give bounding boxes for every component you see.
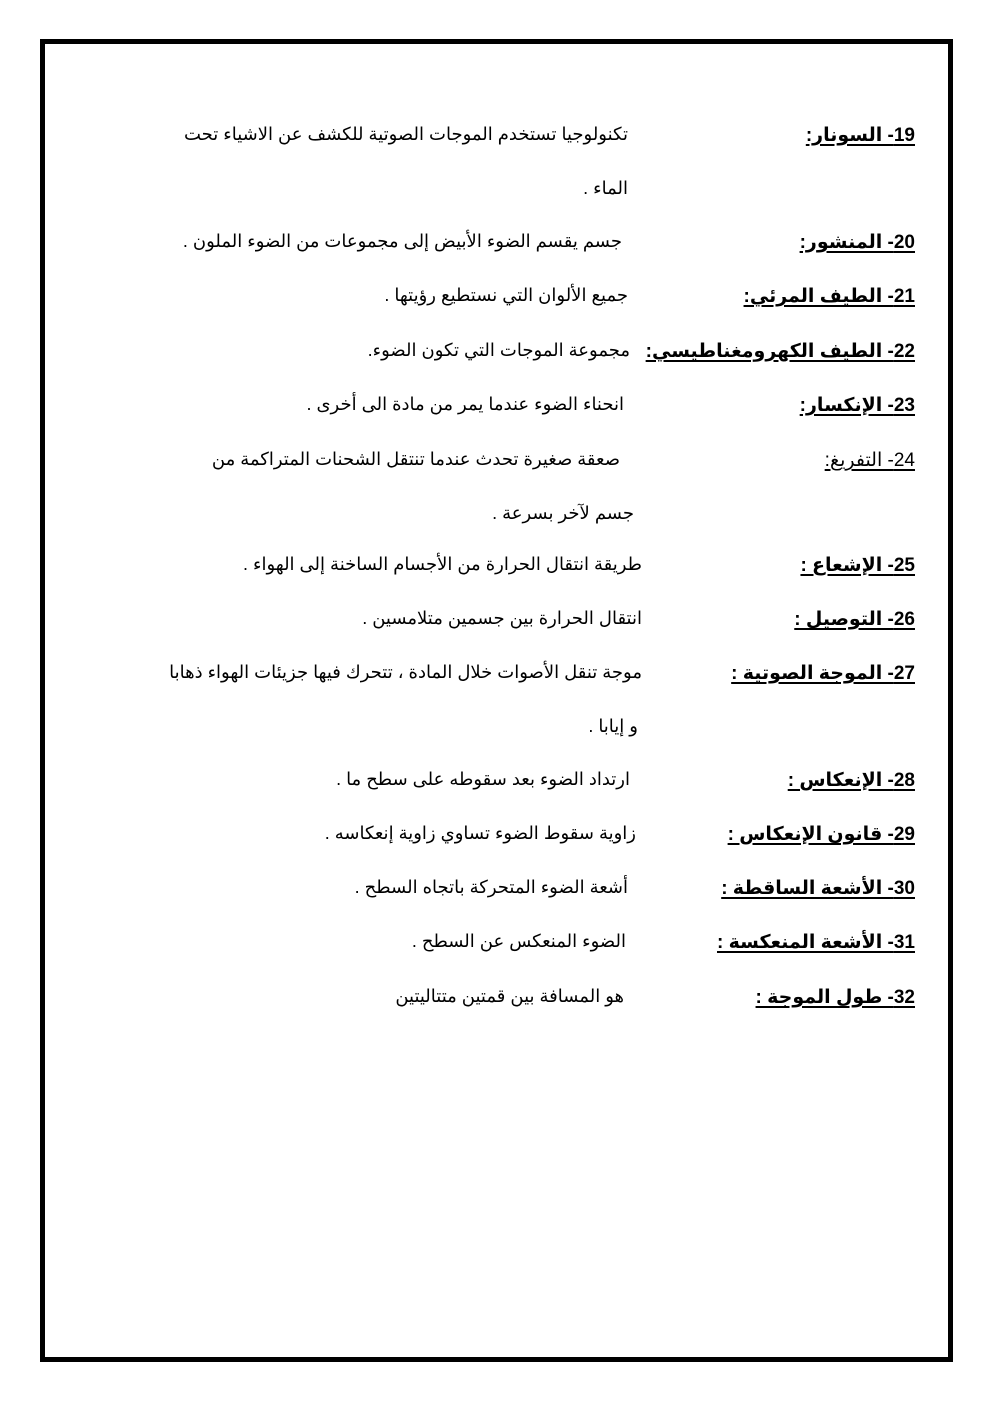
term-refraction: 23- الإنكسار: — [800, 394, 915, 417]
definition-reflected-rays: الضوء المنعكس عن السطح . — [412, 931, 626, 952]
term-sound-wave: 27- الموجة الصوتية : — [731, 662, 915, 685]
term-conduction: 26- التوصيل : — [794, 608, 915, 631]
definition-prism: جسم يقسم الضوء الأبيض إلى مجموعات من الض… — [183, 231, 622, 252]
term-radiation: 25- الإشعاع : — [800, 554, 915, 577]
term-incident-rays: 30- الأشعة الساقطة : — [721, 877, 915, 900]
definition-visible-spectrum: جميع الألوان التي نستطيع رؤيتها . — [384, 285, 628, 306]
definition-radiation: طريقة انتقال الحرارة من الأجسام الساخنة … — [243, 554, 642, 575]
definition-sonar-line-1: تكنولوجيا تستخدم الموجات الصوتية للكشف ع… — [184, 124, 628, 145]
term-sonar: 19- السونار: — [806, 124, 915, 147]
definition-law-of-reflection: زاوية سقوط الضوء تساوي زاوية إنعكاسه . — [325, 823, 636, 844]
term-electromagnetic-spectrum: 22- الطيف الكهرومغناطيسي: — [646, 340, 915, 363]
term-reflection: 28- الإنعكاس : — [788, 769, 915, 792]
definition-wavelength: هو المسافة بين قمتين متتاليتين — [395, 986, 624, 1007]
term-prism: 20- المنشور: — [800, 231, 915, 254]
term-law-of-reflection: 29- قانون الإنعكاس : — [728, 823, 915, 846]
definition-incident-rays: أشعة الضوء المتحركة باتجاه السطح . — [355, 877, 628, 898]
term-discharge: 24- التفريغ: — [825, 449, 915, 472]
definition-sonar-line-2: الماء . — [583, 178, 628, 199]
definition-discharge-line-2: جسم لآخر بسرعة . — [492, 503, 634, 524]
definition-discharge-line-1: صعقة صغيرة تحدث عندما تنتقل الشحنات المت… — [212, 449, 620, 470]
term-reflected-rays: 31- الأشعة المنعكسة : — [717, 931, 915, 954]
definition-sound-wave-line-2: و إيابا . — [588, 716, 638, 737]
term-visible-spectrum: 21- الطيف المرئي: — [744, 285, 915, 308]
definition-sound-wave-line-1: موجة تنقل الأصوات خلال المادة ، تتحرك في… — [169, 662, 642, 683]
definition-refraction: انحناء الضوء عندما يمر من مادة الى أخرى … — [306, 394, 624, 415]
definition-electromagnetic-spectrum: مجموعة الموجات التي تكون الضوء. — [368, 340, 630, 361]
definition-reflection: ارتداد الضوء بعد سقوطه على سطح ما . — [336, 769, 630, 790]
definition-conduction: انتقال الحرارة بين جسمين متلامسين . — [362, 608, 642, 629]
term-wavelength: 32- طول الموجة : — [756, 986, 915, 1009]
